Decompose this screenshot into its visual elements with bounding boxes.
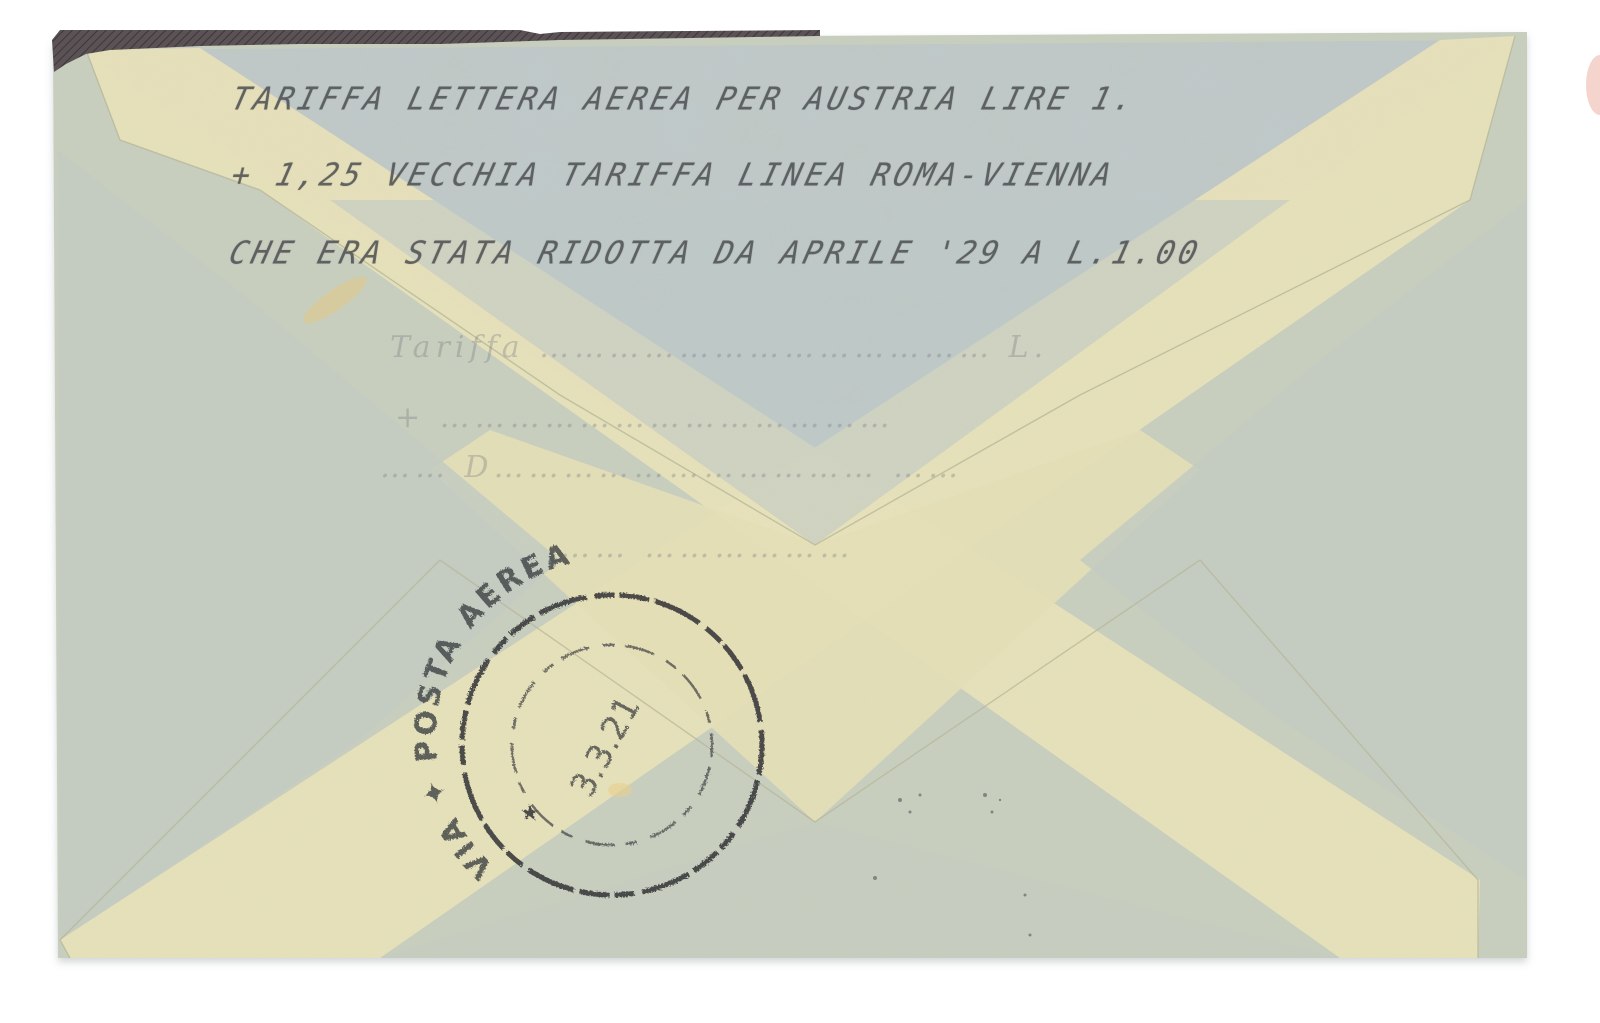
faint-writing-line-1: Tariffa ………………………………… L. <box>390 330 1048 365</box>
envelope-illustration: VIA ✦ POSTA AEREA 3.3.21 ★ <box>0 0 1600 1023</box>
envelope-scan: VIA ✦ POSTA AEREA 3.3.21 ★ TARIFFA LETTE… <box>0 0 1600 1023</box>
postmark-star: ★ <box>520 801 540 826</box>
edge-mark <box>1586 55 1600 115</box>
handwritten-note-line-1: TARIFFA LETTERA AEREA PER AUSTRIA LIRE 1… <box>227 81 1141 118</box>
handwritten-note-line-2: + 1,25 VECCHIA TARIFFA LINEA ROMA-VIENNA <box>227 157 1119 194</box>
handwritten-note-line-3: CHE ERA STATA RIDOTTA DA APRILE '29 A L.… <box>225 235 1205 272</box>
faint-writing-line-4: …… ……………… <box>560 530 855 565</box>
faint-writing-line-3: …… D…………………………… …… <box>380 450 963 485</box>
faint-writing-line-2: + ………………………………… <box>395 400 895 435</box>
